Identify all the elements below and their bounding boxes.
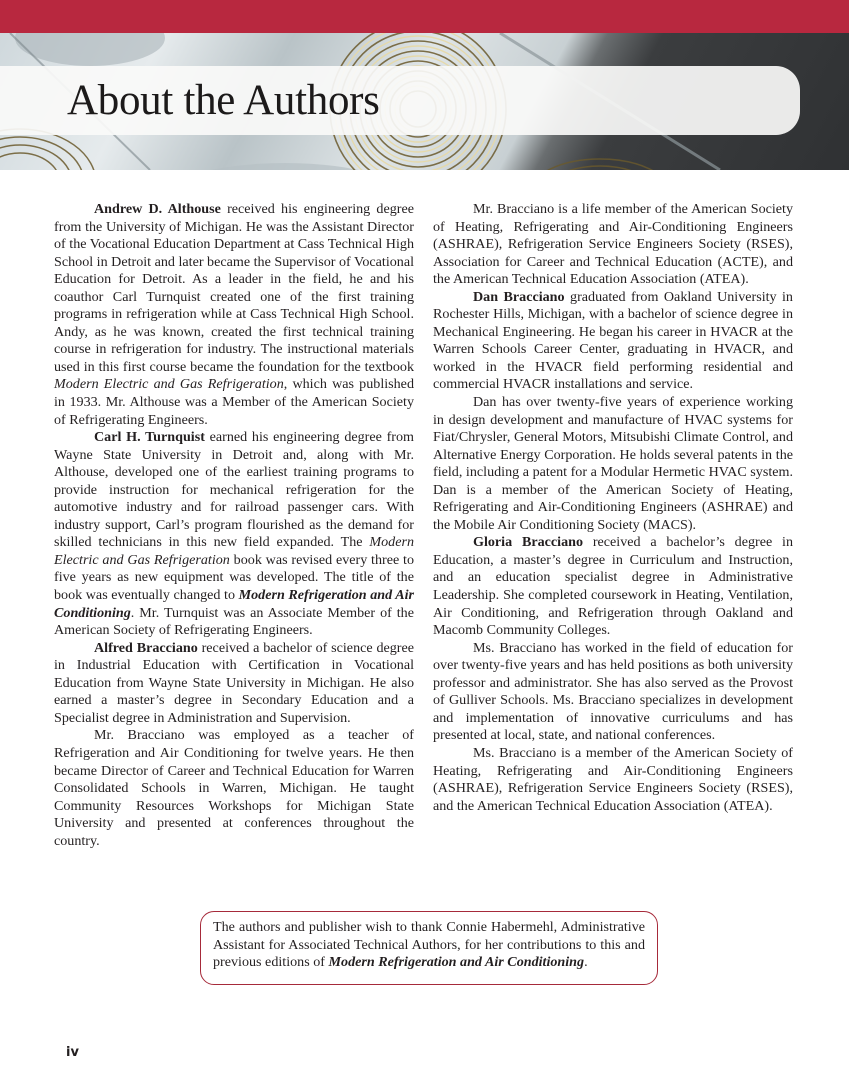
left-column: Andrew D. Althouse received his engineer… bbox=[54, 201, 414, 850]
bio-althouse: Andrew D. Althouse received his engineer… bbox=[54, 201, 414, 429]
book-title: Modern Electric and Gas Refrigeration bbox=[54, 376, 284, 392]
book-title: Modern Refrigeration and Air Conditionin… bbox=[328, 954, 584, 970]
bio-turnquist: Carl H. Turnquist earned his engineering… bbox=[54, 429, 414, 640]
top-color-bar bbox=[0, 0, 849, 33]
author-name: Carl H. Turnquist bbox=[94, 429, 205, 445]
bio-alfred-bracciano-memberships: Mr. Bracciano is a life member of the Am… bbox=[433, 201, 793, 289]
acknowledgment-text: The authors and publisher wish to thank … bbox=[213, 919, 645, 972]
bio-gloria-bracciano-memberships: Ms. Bracciano is a member of the America… bbox=[433, 745, 793, 815]
author-name: Dan Bracciano bbox=[473, 289, 565, 305]
right-column: Mr. Bracciano is a life member of the Am… bbox=[433, 201, 793, 815]
bio-gloria-bracciano-career: Ms. Bracciano has worked in the field of… bbox=[433, 640, 793, 745]
bio-alfred-bracciano: Alfred Bracciano received a bachelor of … bbox=[54, 640, 414, 728]
author-name: Andrew D. Althouse bbox=[94, 201, 221, 217]
bio-alfred-bracciano-career: Mr. Bracciano was employed as a teacher … bbox=[54, 727, 414, 850]
bio-gloria-bracciano: Gloria Bracciano received a bachelor’s d… bbox=[433, 534, 793, 639]
author-name: Alfred Bracciano bbox=[94, 640, 198, 656]
page-number: iv bbox=[66, 1045, 79, 1060]
author-name: Gloria Bracciano bbox=[473, 534, 583, 550]
bio-dan-bracciano: Dan Bracciano graduated from Oakland Uni… bbox=[433, 289, 793, 394]
page-title: About the Authors bbox=[67, 76, 380, 126]
acknowledgment-box: The authors and publisher wish to thank … bbox=[200, 911, 658, 985]
bio-dan-bracciano-experience: Dan has over twenty-five years of experi… bbox=[433, 394, 793, 534]
